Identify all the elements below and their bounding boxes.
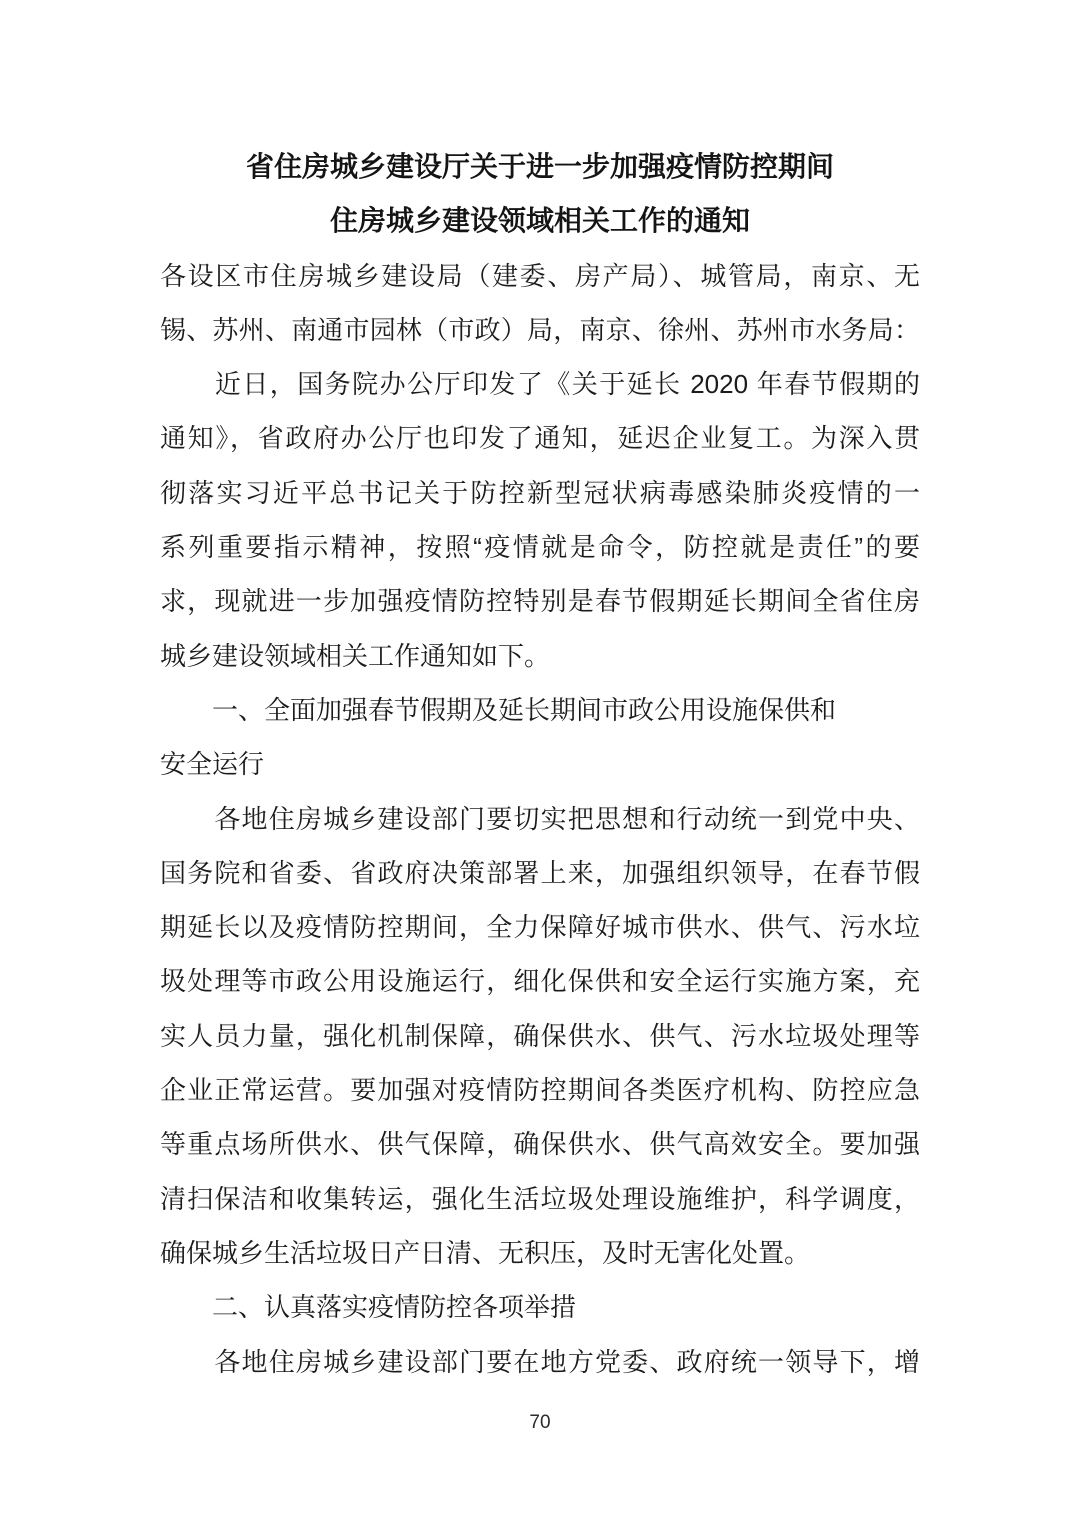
text-line: 圾处理等市政公用设施运行，细化保供和安全运行实施方案，充 <box>160 954 920 1008</box>
text-line: 求，现就进一步加强疫情防控特别是春节假期延长期间全省住房 <box>160 574 920 628</box>
text-line: 二、认真落实疫情防控各项举措 <box>160 1280 920 1334</box>
document-title-line: 省住房城乡建设厅关于进一步加强疫情防控期间 <box>160 140 920 194</box>
text-line: 城乡建设领域相关工作通知如下。 <box>160 629 920 683</box>
text-line: 实人员力量，强化机制保障，确保供水、供气、污水垃圾处理等 <box>160 1009 920 1063</box>
text-line: 各设区市住房城乡建设局（建委、房产局）、城管局，南京、无 <box>160 249 920 303</box>
text-line: 安全运行 <box>160 737 920 791</box>
text-line: 清扫保洁和收集转运，强化生活垃圾处理设施维护，科学调度， <box>160 1172 920 1226</box>
document-page: 省住房城乡建设厅关于进一步加强疫情防控期间住房城乡建设领域相关工作的通知 各设区… <box>0 0 1080 1526</box>
text-line: 确保城乡生活垃圾日产日清、无积压，及时无害化处置。 <box>160 1226 920 1280</box>
document-title: 省住房城乡建设厅关于进一步加强疫情防控期间住房城乡建设领域相关工作的通知 <box>160 140 920 249</box>
text-line: 各地住房城乡建设部门要在地方党委、政府统一领导下，增 <box>160 1335 920 1389</box>
text-line: 近日，国务院办公厅印发了《关于延长 2020 年春节假期的 <box>160 357 920 411</box>
document-title-line: 住房城乡建设领域相关工作的通知 <box>160 194 920 248</box>
text-line: 系列重要指示精神，按照“疫情就是命令，防控就是责任”的要 <box>160 520 920 574</box>
text-line: 各地住房城乡建设部门要切实把思想和行动统一到党中央、 <box>160 792 920 846</box>
document-content: 省住房城乡建设厅关于进一步加强疫情防控期间住房城乡建设领域相关工作的通知 各设区… <box>0 0 1080 1389</box>
text-line: 期延长以及疫情防控期间，全力保障好城市供水、供气、污水垃 <box>160 900 920 954</box>
body-lines: 各设区市住房城乡建设局（建委、房产局）、城管局，南京、无锡、苏州、南通市园林（市… <box>160 249 920 1389</box>
text-line: 锡、苏州、南通市园林（市政）局，南京、徐州、苏州市水务局： <box>160 303 920 357</box>
text-line: 企业正常运营。要加强对疫情防控期间各类医疗机构、防控应急 <box>160 1063 920 1117</box>
text-line: 等重点场所供水、供气保障，确保供水、供气高效安全。要加强 <box>160 1117 920 1171</box>
text-line: 一、全面加强春节假期及延长期间市政公用设施保供和 <box>160 683 920 737</box>
text-line: 通知》，省政府办公厅也印发了通知，延迟企业复工。为深入贯 <box>160 411 920 465</box>
text-line: 国务院和省委、省政府决策部署上来，加强组织领导，在春节假 <box>160 846 920 900</box>
page-number: 70 <box>0 1412 1080 1434</box>
text-line: 彻落实习近平总书记关于防控新型冠状病毒感染肺炎疫情的一 <box>160 466 920 520</box>
